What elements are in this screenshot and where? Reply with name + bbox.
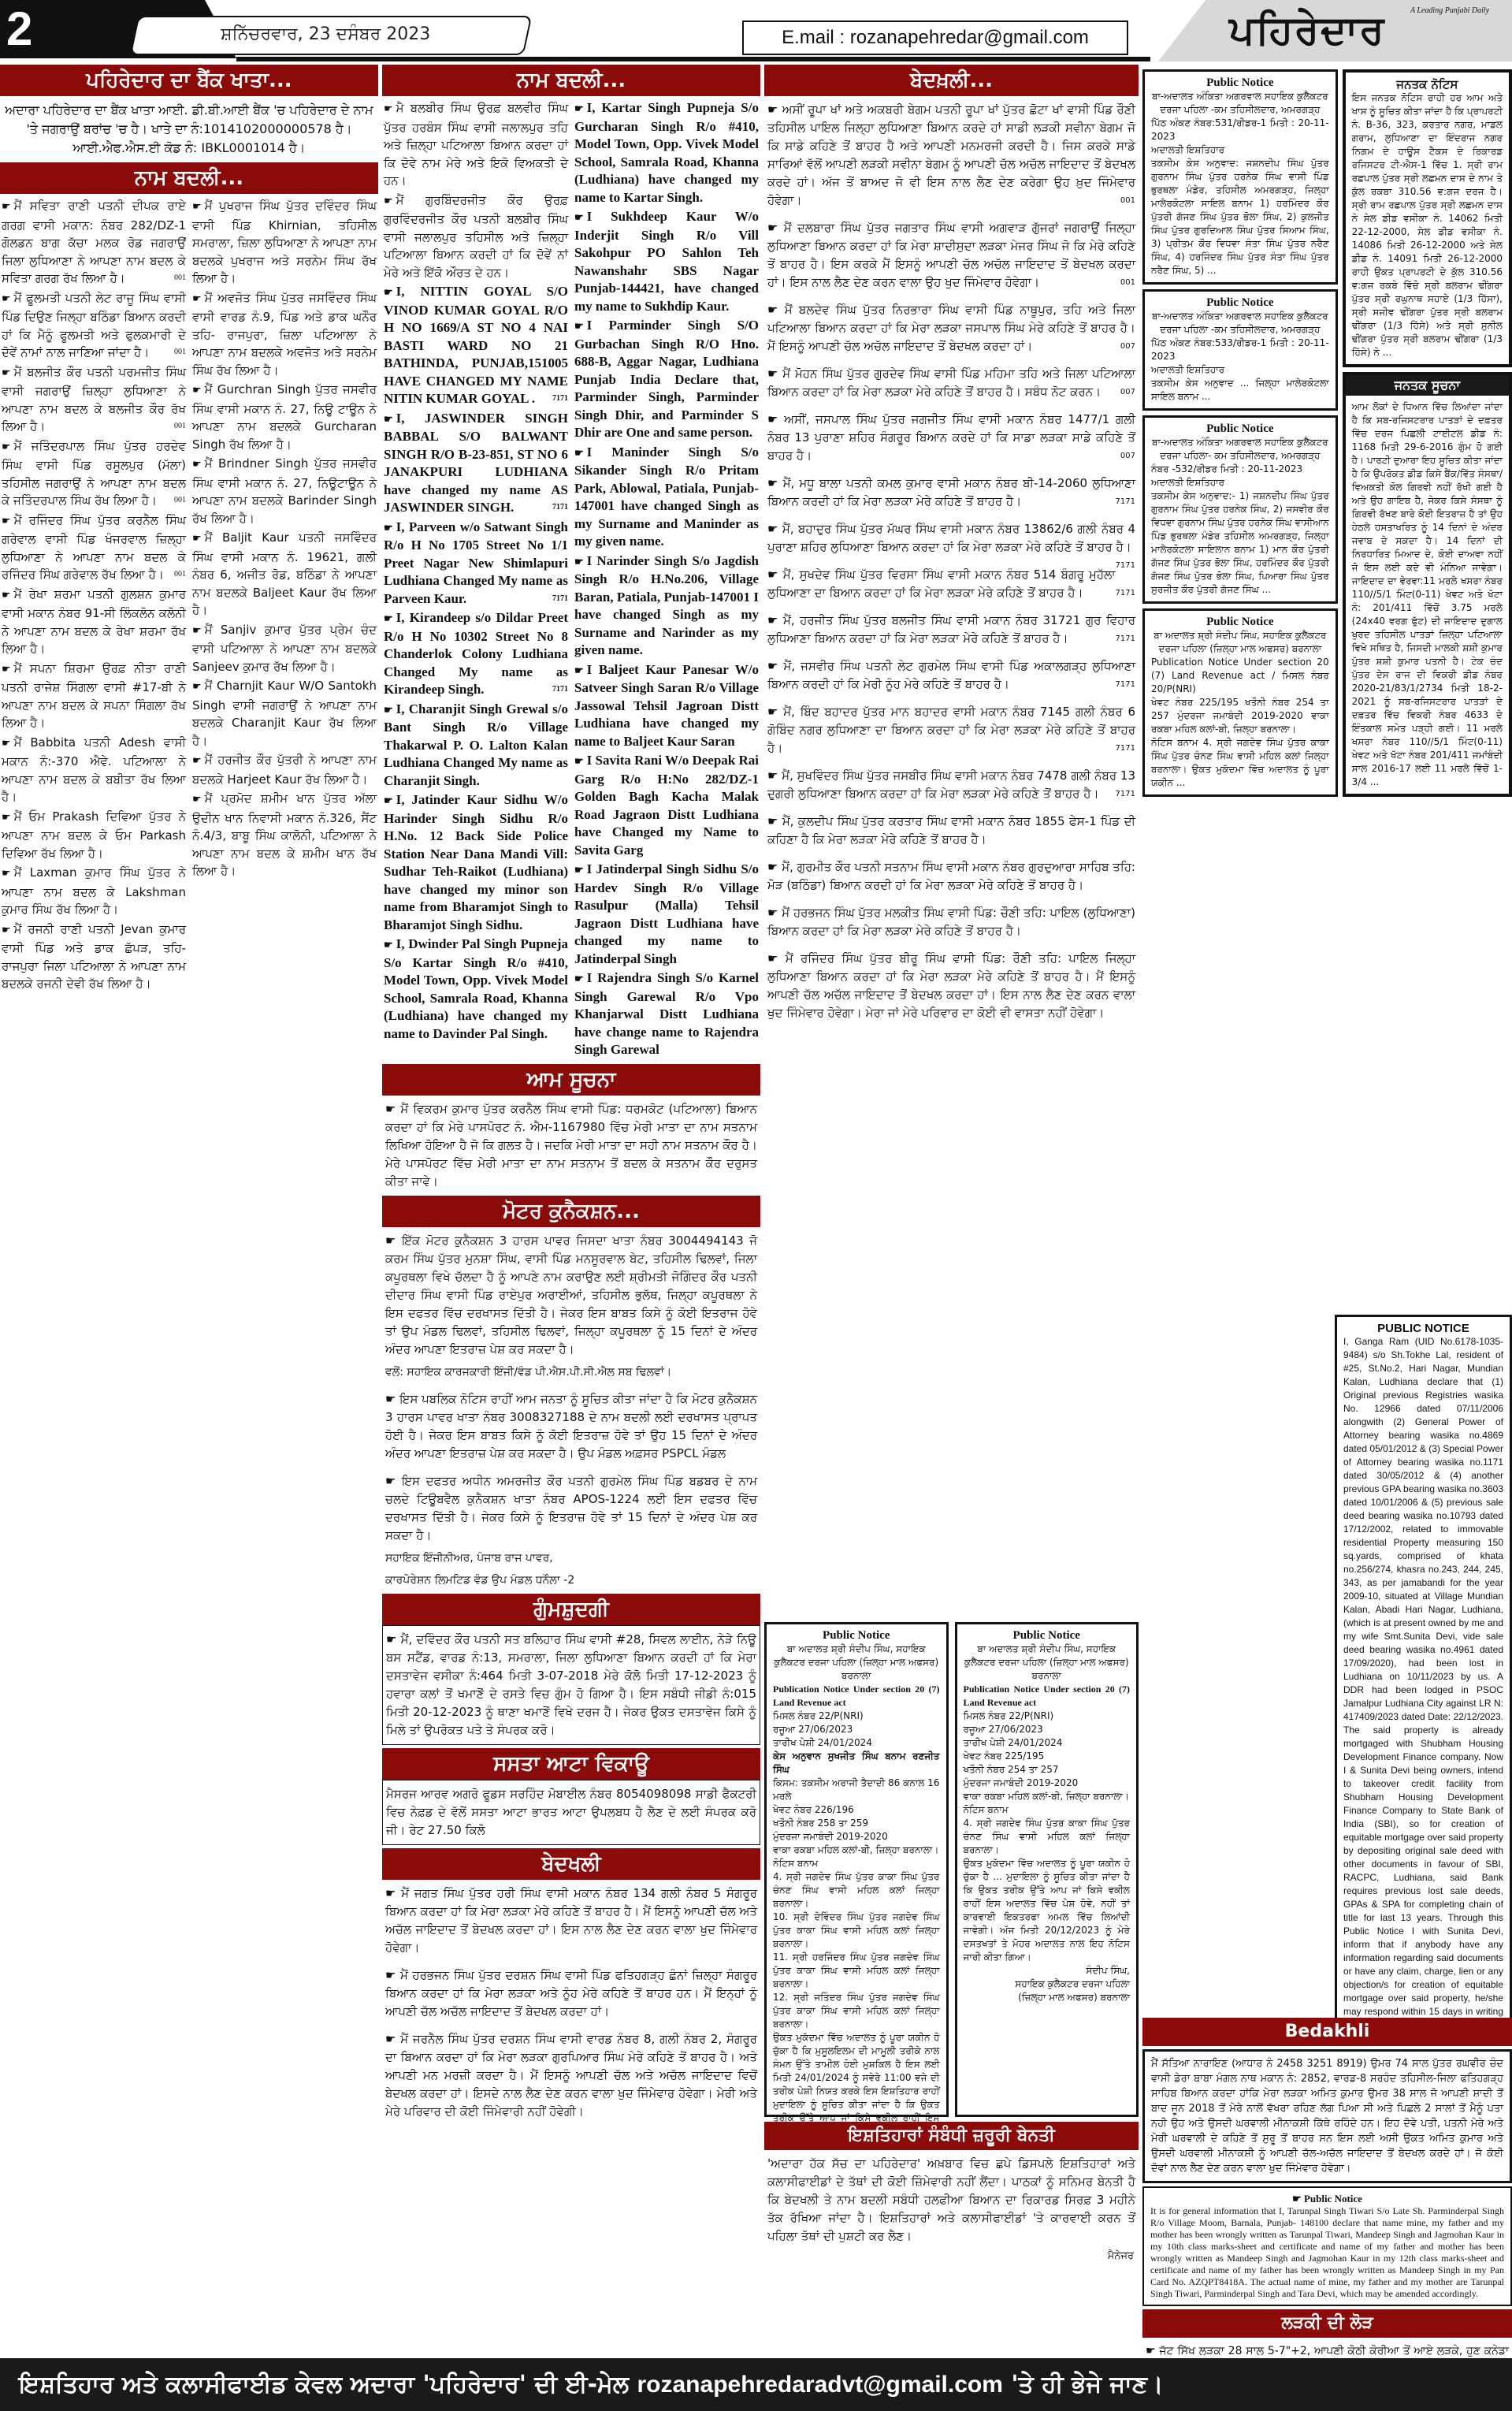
- pointing-hand-icon: ☛: [384, 195, 393, 207]
- missing-heading: ਗੁੰਮਸ਼ੁਦਗੀ: [382, 1594, 760, 1625]
- page-number: 2: [6, 3, 32, 55]
- newspaper-logo: ਪਹਿਰੇਦਾਰ: [1229, 6, 1385, 54]
- court-notice: Public Notice ਬਾ ਅਦਾਲਤ ਸ਼੍ਰੀ ਸੰਦੀਪ ਸਿੰਘ,…: [1142, 608, 1338, 797]
- classified-entry: ☛ਮੈਂ Charnjit Kaur W/O Santokh Singh ਵਾਸ…: [192, 677, 377, 750]
- pointing-hand-icon: ☛: [192, 794, 202, 806]
- notice-title: PUBLIC NOTICE: [1343, 1322, 1503, 1335]
- notice-title: ਜਨਤਕ ਸੂਚਨਾ: [1346, 375, 1509, 396]
- notice-body: ਮੈਂ ਸੱਤਿਆ ਨਾਰਾਇਣ (ਆਧਾਰ ਨੰ 2458 3251 8919…: [1151, 2056, 1503, 2176]
- pointing-hand-icon: ☛: [2, 367, 11, 379]
- pointing-hand-icon: ☛: [767, 412, 784, 426]
- pointing-hand-icon: ☛: [384, 522, 393, 534]
- disinherit-entry: ☛ ਮੈਂ, ਸੁਖਦੇਵ ਸਿੰਘ ਪੁੱਤਰ ਵਿਰਸਾ ਸਿੰਘ ਵਾਸੀ…: [764, 561, 1139, 607]
- disinherit-entry: ☛ ਮੈਂ, ਜਸਵੀਰ ਸਿੰਘ ਪਤਨੀ ਲੇਟ ਗੁਰਮੇਲ ਸਿੰਘ ਵ…: [764, 653, 1139, 698]
- pointing-hand-icon: ☛: [574, 973, 584, 984]
- footer-prefix: ਇਸ਼ਤਿਹਾਰ ਅਤੇ ਕਲਾਸੀ​ਫਾਈਡ ਕੇਵਲ ਅਦਾਰਾ 'ਪਹਿਰ…: [19, 2371, 629, 2398]
- classified-entry: ☛I, Charanjit Singh Grewal s/o Bant Sing…: [384, 701, 568, 791]
- column-2: ਨਾਮ ਬਦਲੀ... ☛ਮੈ ਬਲਬੀਰ ਸਿੰਘ ਉਰਫ਼ ਬਲਵੀਰ ਸਿ…: [382, 65, 760, 2264]
- classified-entry: ☛I Baljeet Kaur Panesar W/o Satveer Sing…: [574, 661, 759, 751]
- pointing-hand-icon: ☛: [574, 864, 584, 876]
- notice-court: ਬਾ ਅਦਾਲਤ ਸ਼੍ਰੀ ਸੰਦੀਪ ਸਿੰਘ, ਸਹਾਇਕ ਕੁਲੈਕਟਰ…: [773, 1643, 940, 1683]
- notice-jamabandi: ਮੁੰਦਰਜਾ ਜਮਾਬੰਦੀ 2019-2020: [773, 1830, 940, 1844]
- name-change-col-b: ☛I, Kartar Singh Pupneja S/o Gurcharan S…: [574, 99, 759, 1061]
- motor-connection-signature: ਸਹਾਇਕ ਇੰਜੀਨੀਅਰ, ਪੰਜਾਬ ਰਾਜ ਪਾਵਰ,: [382, 1550, 760, 1572]
- notice-body: I, Ganga Ram (UID No.6178-1035-9484) s/o…: [1343, 1335, 1503, 2071]
- advisory-signed: ਮੈਨੇਜਰ: [764, 2250, 1139, 2262]
- column-3: ਬੇਦਖ਼ਲੀ... ☛ ਅਸੀਂ ਰੂਪਾ ਖਾਂ ਅਤੇ ਅਕਬਰੀ ਬੇਗ…: [764, 65, 1139, 2264]
- notice-khewat: ਖੇਵਟ ਨੰਬਰ 226/196: [773, 1803, 940, 1817]
- pointing-hand-icon: ☛: [192, 625, 202, 637]
- pointing-hand-icon: ☛: [192, 533, 202, 545]
- classified-entry: ☛ਮੈਂ Gurchran Singh ਪੁੱਤਰ ਜਸਵੀਰ ਸਿੰਘ ਵਾਸ…: [192, 381, 377, 453]
- disinherit-heading-main: ਬੇਦਖ਼ਲੀ...: [764, 65, 1139, 96]
- disinherit-entry: ☛ ਮੈਂ, ਹਰਜੀਤ ਸਿੰਘ ਪੁੱਤਰ ਬਲਜੀਤ ਸਿੰਘ ਵਾਸੀ …: [764, 607, 1139, 653]
- notice-title: Public Notice: [1151, 296, 1329, 310]
- classified-entry: ☛I Parminder Singh S/O Gurbachan Singh R…: [574, 317, 759, 442]
- classified-entry: ☛ਮੈਂ ਪ੍ਰਮੋਦ ਸ਼ਮੀਮ ਖਾਨ ਪੁੱਤਰ ਅੱਲਾ ਉਦੀਨ ਖਾ…: [192, 790, 377, 880]
- notice-title: Public Notice: [773, 1629, 940, 1643]
- disinherit-entry: ☛ ਮੈਂ, ਬਹਾਦੁਰ ਸਿੰਘ ਪੁੱਤਰ ਮੱਘਰ ਸਿੰਘ ਵਾਸੀ …: [764, 515, 1139, 561]
- pointing-hand-icon: ☛: [192, 201, 202, 213]
- masthead-rule: [236, 57, 1150, 61]
- pointing-hand-icon: ☛: [384, 612, 393, 624]
- notice-body: ਇਸ ਜਨਤਕ ਨੋਟਿਸ ਰਾਹੀ ਹਰ ਆਮ ਅਤੇ ਖਾਸ ਨੂੰ ਸੂਚ…: [1352, 91, 1503, 359]
- disinherit-entry: ☛ ਅਸੀਂ ਰੂਪਾ ਖਾਂ ਅਤੇ ਅਕਬਰੀ ਬੇਗਮ ਪਤਨੀ ਰੂਪਾ…: [764, 96, 1139, 214]
- pointing-hand-icon: ☛: [384, 704, 393, 716]
- court-notice: Public Notice ਬਾ-ਅਦਾਲਤ ਅੰਕਿਤਾ ਅਗਰਵਾਲ ਸਹਾ…: [1142, 415, 1338, 604]
- pointing-hand-icon: ☛: [767, 768, 782, 783]
- pointing-hand-icon: ☛: [385, 1233, 402, 1248]
- pointing-hand-icon: ☛: [1292, 2193, 1304, 2205]
- pointing-hand-icon: ☛: [386, 1632, 401, 1646]
- pointing-hand-icon: ☛: [574, 556, 584, 567]
- name-change-col-a: ☛ਮੈਂ ਸਵਿਤਾ ਰਾਣੀ ਪਤਨੀ ਦੀਪਕ ਰਾਏ ਗਰਗ ਵਾਸੀ ਮ…: [2, 197, 186, 995]
- disinherit-entry: ☛ ਮੈਂ ਮੋਹਨ ਸਿੰਘ ਪੁੱਤਰ ਗੁਰਦੇਵ ਸਿੰਘ ਵਾਸੀ ਪ…: [764, 360, 1139, 406]
- court-notice: Public Notice ਬਾ-ਅਦਾਲਤ ਅੰਕਿਤਾ ਅਗਰਵਾਲ ਸਹਾ…: [1142, 69, 1338, 285]
- notice-ref: ਪਿੱਠ ਅੰਕਣ ਨੰਬਰ:533/ਰੀਡਰ-1 ਮਿਤੀ : 20-11-2…: [1151, 337, 1329, 363]
- property-public-notice: ਜਨਤਕ ਨੋਟਿਸ ਇਸ ਜਨਤਕ ਨੋਟਿਸ ਰਾਹੀ ਹਰ ਆਮ ਅਤੇ …: [1343, 69, 1512, 367]
- pointing-hand-icon: ☛: [574, 447, 584, 459]
- classified-entry: ☛ਮੈਂ Brindner Singh ਪੁੱਤਰ ਜਸਵੀਰ ਸਿੰਘ ਵਾਸ…: [192, 455, 377, 527]
- classified-entry: ☛ਮੈਂ Babbita ਪਤਨੀ Adesh ਵਾਸੀ ਮਕਾਨ ਨੰ:-37…: [2, 734, 186, 806]
- classified-entry: ☛I Savita Rani W/o Deepak Rai Garg R/o H…: [574, 752, 759, 859]
- disinherit-entry: ☛ ਮੈਂ, ਸੁਖਵਿੰਦਰ ਸਿੰਘ ਪੁੱਤਰ ਜਸਬੀਰ ਸਿੰਘ ਵਾ…: [764, 762, 1139, 808]
- pointing-hand-icon: ☛: [767, 522, 782, 536]
- pointing-hand-icon: ☛: [385, 1392, 399, 1406]
- notice-body: ਤਕਸੀਮ ਕੇਸ ਅਨੁਵਾਦ ... ਜਿਲ੍ਹਾ ਮਾਲੇਰਕੋਟਲਾ ਸ…: [1151, 377, 1329, 404]
- classified-entry: ☛I, JASWINDER SINGH BABBAL S/O BALWANT S…: [384, 410, 568, 517]
- notice-kind: ਕਿਸਮ: ਤਕਸੀਮ ਅਰਾਜੀ ਤੈਦਾਦੀ 86 ਕਨਾਲ 16 ਮਰਲੇ: [773, 1777, 940, 1803]
- pointing-hand-icon: ☛: [2, 925, 11, 936]
- col4-top: Public Notice ਬਾ-ਅਦਾਲਤ ਅੰਕਿਤਾ ਅਗਰਵਾਲ ਸਹਾ…: [1142, 65, 1512, 1310]
- notice-signatory: ਸੰਦੀਪ ਸਿੰਘ,: [964, 1964, 1131, 1978]
- motor-connection-entry: ☛ ਇਸ ਪਬਲਿਕ ਨੋਟਿਸ ਰਾਹੀਂ ਆਮ ਜਨਤਾ ਨੂੰ ਸੂਚਿਤ…: [382, 1386, 760, 1468]
- classified-entry: ☛I Rajendra Singh S/o Karnel Singh Garew…: [574, 969, 759, 1059]
- classified-entry: ☛ਮੈਂ ਬਲਜੀਤ ਕੌਰ ਪਤਨੀ ਪਰਮਜੀਤ ਸਿੰਘ ਵਾਸੀ ਜਗਰ…: [2, 363, 186, 436]
- notice-heading: ਅਦਾਲਤੀ ਇਸ਼ਤਿਹਾਰ: [1151, 363, 1329, 377]
- pointing-hand-icon: ☛: [767, 221, 784, 235]
- motor-connection-signature: ਕਾਰਪੋਰੇਸ਼ਨ ਲਿਮਟਿਡ ਵੰਡ ਉਪ ਮੰਡਲ ਧਨੌਲਾ -2: [382, 1572, 760, 1594]
- pointing-hand-icon: ☛: [2, 812, 11, 824]
- notice-party: 12. ਸ੍ਰੀ ਜਤਿੰਦਰ ਸਿੰਘ ਪੁੱਤਰ ਜਗਦੇਵ ਸਿੰਘ ਪੁ…: [773, 1991, 940, 2031]
- disinherit-entry: ☛ ਮੈਂ ਹਰਭਜਨ ਸਿੰਘ ਪੁੱਤਰ ਮਲਕੀਤ ਸਿੰਘ ਵਾਸੀ ਪ…: [764, 899, 1139, 945]
- footer-email[interactable]: rozanapehredaradvt@gmail.com: [637, 2372, 1003, 2398]
- tagline: A Leading Punjabi Daily: [1410, 6, 1489, 15]
- disinherit-entry: ☛ ਮੈਂ, ਕੁਲਦੀਪ ਸਿੰਘ ਪੁੱਤਰ ਕਰਤਾਰ ਸਿੰਘ ਵਾਸੀ…: [764, 808, 1139, 854]
- disinherit-entry: ☛ ਮੈਂ, ਮਧੂ ਬਾਲਾ ਪਤਨੀ ਕਮਲ ਕੁਮਾਰ ਵਾਸੀ ਮਕਾਨ…: [764, 470, 1139, 515]
- classified-entry: ☛I, Kirandeep s/o Dildar Preet R/o H No …: [384, 609, 568, 699]
- pointing-hand-icon: ☛: [767, 613, 783, 627]
- notice-signatory: ਸਹਾਇਕ ਕੁਲੈਕਟਰ ਦਰਜਾ ਪਹਿਲਾ: [964, 1978, 1131, 1991]
- pointing-hand-icon: ☛: [192, 385, 202, 396]
- classified-entry: ☛ਮੈਂ ਅਵਜੋਤ ਸਿੰਘ ਪੁੱਤਰ ਜਸਵਿੰਦਰ ਸਿੰਘ ਵਾਸੀ …: [192, 289, 377, 380]
- classified-entry: ☛ਮੈਂ ਓਮ Prakash ਦਿਵਿਆ ਪੁੱਤਰ ਨੇ ਆਪਣਾ ਨਾਮ …: [2, 808, 186, 863]
- bank-account-text: ਅਦਾਰਾ ਪਹਿਰੇਦਾਰ ਦਾ ਬੈਂਕ ਖਾਤਾ ਆਈ. ਡੀ.ਬੀ.ਆਈ…: [0, 96, 378, 162]
- pointing-hand-icon: ☛: [192, 681, 202, 693]
- notice-body: It is for general information that I, Ta…: [1150, 2205, 1504, 2300]
- court-notice: Public Notice ਬਾ ਅਦਾਲਤ ਸ਼੍ਰੀ ਸੰਦੀਪ ਸਿੰਘ,…: [955, 1622, 1139, 2117]
- pointing-hand-icon: ☛: [574, 664, 584, 676]
- pointing-hand-icon: ☛: [384, 939, 393, 951]
- notice-to: ਨੋਟਿਸ ਬਨਾਮ: [773, 1857, 940, 1870]
- disinherit-entry: ☛ ਮੈਂ, ਗੁਰਮੀਤ ਕੌਰ ਪਤਨੀ ਸਤਨਾਮ ਸਿੰਘ ਵਾਸੀ ਮ…: [764, 854, 1139, 899]
- classified-entry: ☛ਮੈਂ ਰਜਨੀ ਰਾਣੀ ਪਤਨੀ Jevan ਕੁਮਾਰ ਵਾਸੀ ਪਿੰ…: [2, 921, 186, 993]
- classified-entry: ☛I, Jatinder Kaur Sidhu W/o Harinder Sin…: [384, 791, 568, 934]
- classified-entry: ☛ਮੈਂ ਰੇਖਾ ਸ਼ਰਮਾ ਪਤਨੀ ਗੁਲਸ਼ਨ ਕੁਮਾਰ ਵਾਸੀ ਮ…: [2, 586, 186, 658]
- pointing-hand-icon: ☛: [2, 293, 11, 305]
- motor-connection-entry: ☛ ਇੱਕ ਮੋਟਰ ਕੁਨੈਕਸ਼ਨ 3 ਹਾਰਸ ਪਾਵਰ ਜਿਸਦਾ ਖਾ…: [382, 1227, 760, 1364]
- motor-connection-signature: ਵਲੋਂ: ਸਹਾਇਕ ਕਾਰਜਕਾਰੀ ਇੰਜੀ/ਵੰਡ ਪੀ.ਐਸ.ਪੀ.ਸ…: [382, 1364, 760, 1386]
- pointing-hand-icon: ☛: [767, 567, 783, 582]
- barnala-court-notices: Public Notice ਬਾ ਅਦਾਲਤ ਸ਼੍ਰੀ ਸੰਦੀਪ ਸਿੰਘ,…: [764, 1617, 1139, 2122]
- missing-text: ☛ ਮੈਂ, ਦਵਿੰਦਰ ਕੌਰ ਪਤਨੀ ਸਤ ਬਲਿਹਾਰ ਸਿੰਘ ਵਾ…: [382, 1625, 760, 1745]
- pointing-hand-icon: ☛: [1146, 2345, 1159, 2357]
- notice-ref: Publication Notice Under section 20 (7) …: [1151, 656, 1329, 696]
- notice-court: ਬਾ-ਅਦਾਲਤ ਅੰਕਿਤਾ ਅਗਰਵਾਲ ਸਹਾਇਕ ਕੁਲੈਕਟਰ ਦਰਜ…: [1151, 310, 1329, 337]
- pointing-hand-icon: ☛: [2, 868, 11, 880]
- notice-file-no: ਮਿਸਲ ਨੰਬਰ 22/P(NRI): [773, 1710, 940, 1723]
- notice-ref: ਪਿੱਠ ਅੰਕਣ ਨੰਬਰ:531/ਰੀਡਰ-1 ਮਿਤੀ : 20-11-2…: [1151, 117, 1329, 143]
- pointing-hand-icon: ☛: [767, 705, 783, 719]
- notice-area: ਵਾਕਾ ਰਕਬਾ ਮਹਿਲ ਕਲਾਂ-ਬੀ, ਜ਼ਿਲ੍ਹਾ ਬਰਨਾਲਾ।: [773, 1844, 940, 1857]
- notice-file-no: ਮਿਸਲ ਨੰਬਰ 22/P(NRI): [964, 1710, 1131, 1723]
- court-notice: Public Notice ਬਾ ਅਦਾਲਤ ਸ਼੍ਰੀ ਸੰਦੀਪ ਸਿੰਘ,…: [764, 1622, 949, 2117]
- pointing-hand-icon: ☛: [2, 590, 11, 601]
- footer-suffix: 'ਤੇ ਹੀ ਭੇਜੇ ਜਾਣ।: [1011, 2371, 1163, 2398]
- pointing-hand-icon: ☛: [2, 515, 11, 527]
- disinherit-entry: ☛ ਮੈਂ ਹਰਭਜਨ ਸਿੰਘ ਪੁੱਤਰ ਦਰਸ਼ਨ ਸਿੰਘ ਵਾਸੀ ਪ…: [382, 1962, 760, 2026]
- notice-case: ਕੇਸ ਅਨੁਵਾਨ ਸੁਖਜੀਤ ਸਿੰਘ ਬਨਾਮ ਰਣਜੀਤ ਸਿੰਘ: [773, 1750, 940, 1777]
- notice-title: Public Notice: [1151, 422, 1329, 436]
- disinherit-entry: ☛ ਮੈਂ ਬਲਦੇਵ ਸਿੰਘ ਪੁੱਤਰ ਨਿਰਭਾਰਾ ਸਿੰਘ ਵਾਸੀ…: [764, 296, 1139, 360]
- name-change-heading-2: ਨਾਮ ਬਦਲੀ...: [382, 65, 760, 96]
- notice-body: ਨੋਟਿਸ ਬਨਾਮ 4. ਸ੍ਰੀ ਜਗਦੇਵ ਸਿੰਘ ਪੁੱਤਰ ਕਾਕਾ…: [1151, 736, 1329, 790]
- classified-entry: ☛I Maninder Singh S/o Sikander Singh R/o…: [574, 444, 759, 551]
- pointing-hand-icon: ☛: [2, 664, 11, 675]
- name-change-list-2: ☛ਮੈ ਬਲਬੀਰ ਸਿੰਘ ਉਰਫ਼ ਬਲਵੀਰ ਸਿੰਘ ਪੁੱਤਰ ਹਰਬ…: [382, 96, 760, 1064]
- classified-entry: ☛ਮੈਂ ਸਪਨਾ ਸ਼ਿਰਮਾ ਉਰਫ਼ ਨੀਤਾ ਰਾਣੀ ਪਤਨੀ ਰਾਜ…: [2, 660, 186, 732]
- cheap-flour-text: ਮੈਸਰਜ ਆਰਵ ਅਗਰੋ ਫੂਡਸ ਸਰਹਿੰਦ ਮੋਬਾਈਲ ਨੰਬਰ 8…: [382, 1780, 760, 1845]
- notice-heading: ਖੇਵਟ ਨੰਬਰ 225/195 ਖਤੌਨੀ ਨੰਬਰ 254 ਤਾ 257 …: [1151, 696, 1329, 736]
- disinherit-entry: ☛ ਮੈਂ ਜਰਨੈਲ ਸਿੰਘ ਪੁੱਤਰ ਦਰਸ਼ਨ ਸਿੰਘ ਵਾਸੀ ਵ…: [382, 2026, 760, 2126]
- pointing-hand-icon: ☛: [385, 1886, 401, 1900]
- column-1: ਪਹਿਰੇਦਾਰ ਦਾ ਬੈਂਕ ਖਾਤਾ... ਅਦਾਰਾ ਪਹਿਰੇਦਾਰ …: [0, 65, 378, 2264]
- notice-court: ਬਾ-ਅਦਾਲਤ ਅੰਕਿਤਾ ਅਗਰਵਾਲ ਸਹਾਇਕ ਕੁਲੈਕਟਰ ਦਰਜ…: [1151, 90, 1329, 117]
- pointing-hand-icon: ☛: [767, 814, 782, 828]
- bedakhli-heading: Bedakhli: [1142, 2018, 1512, 2046]
- pointing-hand-icon: ☛: [574, 102, 584, 114]
- pointing-hand-icon: ☛: [385, 1968, 400, 1982]
- classified-entry: ☛I Sukhdeep Kaur W/o Inderjit Singh R/o …: [574, 208, 759, 315]
- issue-date: ਸ਼ਨਿੱਚਰਵਾਰ, 23 ਦਸੰਬਰ 2023: [221, 22, 430, 47]
- classified-entry: ☛ਮੈਂ ਸਵਿਤਾ ਰਾਣੀ ਪਤਨੀ ਦੀਪਕ ਰਾਏ ਗਰਗ ਵਾਸੀ ਮ…: [2, 197, 186, 288]
- motor-connection-heading: ਮੋਟਰ ਕੁਨੈਕਸ਼ਨ...: [382, 1196, 760, 1227]
- classified-entry: ☛ਮੈਂ Laxman ਕੁਮਾਰ ਸਿੰਘ ਪੁੱਤਰ ਨੇ ਆਪਣਾ ਨਾਮ…: [2, 864, 186, 919]
- pointing-hand-icon: ☛: [574, 755, 584, 767]
- advisory-text: 'ਅਦਾਰਾ ਹੱਕ ਸੱਚ ਦਾ ਪਹਿਰੇਦਾਰ' ਅਖ਼ਬਾਰ ਵਿਚ ਛ…: [764, 2150, 1139, 2250]
- notice-ref: ਨੰਬਰ -532/ਰੀਡਰ ਮਿਤੀ : 20-11-2023: [1151, 463, 1329, 476]
- notice-to: ਨੋਟਿਸ ਬਨਾਮ: [964, 1803, 1131, 1817]
- pointing-hand-icon: ☛: [767, 102, 782, 117]
- notice-body: ਆਮ ਲੋਕਾਂ ਦੇ ਧਿਆਨ ਵਿੱਚ ਲਿਆਂਦਾ ਜਾਂਦਾ ਹੈ ਕਿ…: [1346, 396, 1509, 794]
- notice-title: Public Notice: [964, 1629, 1131, 1643]
- pointing-hand-icon: ☛: [385, 1102, 400, 1116]
- notice-party: 11. ਸ੍ਰੀ ਹਰਜਿੰਦਰ ਸਿੰਘ ਪੁੱਤਰ ਜਗਦੇਵ ਸਿੰਘ ਪ…: [773, 1951, 940, 1991]
- classified-entry: ☛ਮੈਂ ਪੁਖਰਾਜ ਸਿੰਘ ਪੁੱਤਰ ਦਵਿੰਦਰ ਸਿੰਘ ਵਾਸੀ …: [192, 197, 377, 288]
- notice-signatory: (ਜ਼ਿਲ੍ਹਾ ਮਾਲ ਅਫਸਰ) ਬਰਨਾਲਾ: [964, 1991, 1131, 2004]
- notice-court: ਬਾ-ਅਦਾਲਤ ਅੰਕਿਤਾ ਅਗਰਵਾਲ ਸਹਾਇਕ ਕੁਲੈਕਟਰ ਦਰਜ…: [1151, 436, 1329, 463]
- notice-khewat: ਖੇਵਟ ਨੰਬਰ 225/195: [964, 1750, 1131, 1763]
- pointing-hand-icon: ☛: [2, 441, 11, 453]
- classified-entry: ☛ਮੈਂ ਰਜਿੰਦਰ ਸਿੰਘ ਪੁੱਤਰ ਕਰਨੈਲ ਸਿੰਘ ਗਰੇਵਾਲ…: [2, 512, 186, 584]
- notice-body: ਤਕਸੀਮ ਕੇਸ ਅਨੁਵਾਦ:- 1) ਜਸ਼ਨਦੀਪ ਸਿੰਘ ਪੁੱਤਰ…: [1151, 489, 1329, 597]
- notice-party: 4. ਸ੍ਰੀ ਜਗਦੇਵ ਸਿੰਘ ਪੁੱਤਰ ਕਾਕਾ ਸਿੰਘ ਪੁੱਤਰ…: [964, 1817, 1131, 1857]
- notice-area: ਵਾਕਾ ਰਕਬਾ ਮਹਿਲ ਕਲਾਂ-ਬੀ, ਜ਼ਿਲ੍ਹਾ ਬਰਨਾਲਾ।: [964, 1790, 1131, 1803]
- pointing-hand-icon: ☛: [767, 860, 782, 874]
- general-notice-text: ☛ ਮੈਂ ਵਿਕਰਮ ਕੁਮਾਰ ਪੁੱਤਰ ਕਰਨੈਲ ਸਿੰਘ ਵਾਸੀ …: [382, 1096, 760, 1196]
- bank-account-heading: ਪਹਿਰੇਦਾਰ ਦਾ ਬੈਂਕ ਖਾਤਾ...: [0, 65, 378, 96]
- cheap-flour-heading: ਸਸਤਾ ਆਟਾ ਵਿਕਾਊ: [382, 1748, 760, 1780]
- notice-khatoni: ਖਤੌਨੀ ਨੰਬਰ 254 ਤਾ 257: [964, 1763, 1131, 1777]
- property-notices: ਜਨਤਕ ਨੋਟਿਸ ਇਸ ਜਨਤਕ ਨੋਟਿਸ ਰਾਹੀ ਹਰ ਆਮ ਅਤੇ …: [1343, 65, 1512, 1310]
- bride-wanted-heading: ਲੜਕੀ ਦੀ ਲੋੜ: [1142, 2309, 1512, 2338]
- notice-hearing: ਤਾਰੀਖ ਪੇਸ਼ੀ 24/01/2024: [964, 1736, 1131, 1750]
- pointing-hand-icon: ☛: [767, 303, 785, 317]
- classified-entry: ☛ਮੈਂ Sanjiv ਕੁਮਾਰ ਪੁੱਤਰ ਪ੍ਰੇਮ ਚੰਦ ਵਾਸੀ ਪ…: [192, 621, 377, 676]
- footer-banner: ਇਸ਼ਤਿਹਾਰ ਅਤੇ ਕਲਾਸੀ​ਫਾਈਡ ਕੇਵਲ ਅਦਾਰਾ 'ਪਹਿਰ…: [0, 2358, 1512, 2411]
- pointing-hand-icon: ☛: [574, 211, 584, 223]
- notice-khatoni: ਖਤੌਨੀ ਨੰਬਰ 258 ਤਾ 259: [773, 1817, 940, 1830]
- notice-party: 4. ਸ੍ਰੀ ਜਗਦੇਵ ਸਿੰਘ ਪੁੱਤਰ ਕਾਕਾ ਸਿੰਘ ਪੁੱਤਰ…: [773, 1870, 940, 1911]
- masthead: 2 ਸ਼ਨਿੱਚਰਵਾਰ, 23 ਦਸੰਬਰ 2023 E.mail : roz…: [0, 0, 1512, 61]
- pointing-hand-icon: ☛: [574, 320, 584, 332]
- pointing-hand-icon: ☛: [384, 286, 393, 298]
- bedakhli-notice: ਮੈਂ ਸੱਤਿਆ ਨਾਰਾਇਣ (ਆਧਾਰ ਨੰ 2458 3251 8919…: [1142, 2049, 1512, 2183]
- pointing-hand-icon: ☛: [767, 366, 782, 381]
- amargarh-notices: Public Notice ਬਾ-ਅਦਾਲਤ ਅੰਕਿਤਾ ਅਗਰਵਾਲ ਸਹਾ…: [1142, 65, 1338, 1310]
- classified-entry: ☛ਮੈਂ ਗੁਰਬਿੰਦਰਜੀਤ ਕੌਰ ਉਰਫ਼ ਗੁਰਵਿੰਦਰਜੀਤ ਕੌ…: [384, 192, 568, 282]
- advisory-heading: ਇਸ਼ਤਿਹਾਰਾਂ ਸੰਬੰਧੀ ਜ਼ਰੂਰੀ ਬੇਨਤੀ: [764, 2122, 1139, 2150]
- tarunpal-public-notice: ☛ Public Notice It is for general inform…: [1142, 2186, 1512, 2306]
- notice-filed: ਰਜੂਆ 27/06/2023: [964, 1723, 1131, 1736]
- classified-entry: ☛ਮੈਂ Baljit Kaur ਪਤਨੀ ਜਸਵਿੰਦਰ ਸਿੰਘ ਵਾਸੀ …: [192, 529, 377, 619]
- name-change-col-b: ☛ਮੈਂ ਪੁਖਰਾਜ ਸਿੰਘ ਪੁੱਤਰ ਦਵਿੰਦਰ ਸਿੰਘ ਵਾਸੀ …: [192, 197, 377, 995]
- disinherit-entry: ☛ ਅਸੀਂ, ਜਸਪਾਲ ਸਿੰਘ ਪੁੱਤਰ ਜਗਜੀਤ ਸਿੰਘ ਵਾਸੀ…: [764, 406, 1139, 470]
- pointing-hand-icon: ☛: [384, 794, 393, 806]
- col4-bottom: Bedakhli ਮੈਂ ਸੱਤਿਆ ਨਾਰਾਇਣ (ਆਧਾਰ ਨੰ 2458 …: [1142, 2018, 1512, 2357]
- classified-entry: ☛ਮੈਂ ਜਤਿੰਦਰਪਾਲ ਸਿੰਘ ਪੁੱਤਰ ਹਰਦੇਵ ਸਿੰਘ ਵਾਸ…: [2, 437, 186, 510]
- notice-body: ਉਕਤ ਮੁਕੱਦਮਾ ਵਿੱਚ ਅਦਾਲਤ ਨੂੰ ਪੂਰਾ ਯਕੀਨ ਹੋ …: [773, 2031, 940, 2122]
- notice-body: ਤਕਸੀਮ ਕੇਸ ਅਨੁਵਾਦ: ਜਸ਼ਨਦੀਪ ਸਿੰਘ ਪੁੱਤਰ ਗੁਰ…: [1151, 157, 1329, 277]
- notice-section: Publication Notice Under section 20 (7) …: [773, 1683, 940, 1710]
- pointing-hand-icon: ☛: [767, 906, 782, 920]
- pointing-hand-icon: ☛: [385, 1474, 402, 1488]
- classified-entry: ☛ਮੈਂ ਫੂਲਮਤੀ ਪਤਨੀ ਲੇਟ ਰਾਜੂ ਸਿੰਘ ਵਾਸੀ ਪਿੰਡ…: [2, 289, 186, 362]
- pointing-hand-icon: ☛: [192, 755, 202, 767]
- general-notice-heading: ਆਮ ਸੂਚਨਾ: [382, 1064, 760, 1096]
- pointing-hand-icon: ☛: [2, 738, 11, 750]
- classified-entry: ☛I Narinder Singh S/o Jagdish Singh R/o …: [574, 553, 759, 660]
- name-change-col-a: ☛ਮੈ ਬਲਬੀਰ ਸਿੰਘ ਉਰਫ਼ ਬਲਵੀਰ ਸਿੰਘ ਪੁੱਤਰ ਹਰਬ…: [384, 99, 568, 1061]
- notice-court: ਬਾ ਅਦਾਲਤ ਸ਼੍ਰੀ ਸੰਦੀਪ ਸਿੰਘ, ਸਹਾਇਕ ਕੁਲੈਕਟਰ…: [1151, 629, 1329, 656]
- notice-heading: ਅਦਾਲਤੀ ਇਸ਼ਤਿਹਾਰ: [1151, 476, 1329, 489]
- notice-section: Publication Notice Under section 20 (7) …: [964, 1683, 1131, 1710]
- pointing-hand-icon: ☛: [192, 459, 202, 471]
- classified-entry: ☛I, Dwinder Pal Singh Pupneja S/o Kartar…: [384, 936, 568, 1043]
- notice-body: ਉਕਤ ਮੁਕੱਦਮਾ ਵਿੱਚ ਅਦਾਲਤ ਨੂੰ ਪੂਰਾ ਯਕੀਨ ਹੋ …: [964, 1857, 1131, 1964]
- classified-entry: ☛I, NITTIN GOYAL S/O VINOD KUMAR GOYAL R…: [384, 283, 568, 408]
- public-info-notice: ਜਨਤਕ ਸੂਚਨਾ ਆਮ ਲੋਕਾਂ ਦੇ ਧਿਆਨ ਵਿੱਚ ਲਿਆਂਦਾ …: [1343, 372, 1512, 797]
- notice-title: Public Notice: [1151, 76, 1329, 90]
- notice-jamabandi: ਮੁੰਦਰਜਾ ਜਮਾਬੰਦੀ 2019-2020: [964, 1777, 1131, 1790]
- notice-title: Public Notice: [1151, 616, 1329, 629]
- pointing-hand-icon: ☛: [767, 659, 783, 673]
- disinherit-entry: ☛ ਮੈਂ ਦਲਬਾਰਾ ਸਿੰਘ ਪੁੱਤਰ ਜਗਤਾਰ ਸਿੰਘ ਵਾਸੀ …: [764, 214, 1139, 296]
- disinherit-entry: ☛ ਮੈਂ, ਬਿੰਦ ਬਹਾਦਰ ਪੁੱਤਰ ਮਾਨ ਬਹਾਦਰ ਵਾਸੀ ਮ…: [764, 698, 1139, 762]
- english-public-notice: PUBLIC NOTICE I, Ganga Ram (UID No.6178-…: [1335, 1315, 1512, 2071]
- disinherit-entry: ☛ ਮੈਂ ਜਗਤ ਸਿੰਘ ਪੁੱਤਰ ਹਰੀ ਸਿੰਘ ਵਾਸੀ ਮਕਾਨ …: [382, 1880, 760, 1962]
- classified-entry: ☛ਮੈ ਬਲਬੀਰ ਸਿੰਘ ਉਰਫ਼ ਬਲਵੀਰ ਸਿੰਘ ਪੁੱਤਰ ਹਰਬ…: [384, 99, 568, 190]
- pointing-hand-icon: ☛: [2, 201, 11, 213]
- disinherit-entry: ☛ ਮੈਂ ਰਜਿੰਦਰ ਸਿੰਘ ਪੁੱਤਰ ਬੀਰੂ ਸਿੰਘ ਵਾਸੀ ਪ…: [764, 945, 1139, 1027]
- disinherit-heading-left: ਬੇਦਖਲੀ: [382, 1848, 760, 1880]
- notice-title: ☛ Public Notice: [1150, 2193, 1504, 2205]
- notice-hearing: ਤਾਰੀਖ ਪੇਸ਼ੀ 24/01/2024: [773, 1736, 940, 1750]
- notice-party: 10. ਸ੍ਰੀ ਦੇਵਿੰਦਰ ਸਿੰਘ ਪੁੱਤਰ ਜਗਦੇਵ ਸਿੰਘ ਪ…: [773, 1911, 940, 1951]
- column-4: Public Notice ਬਾ-ਅਦਾਲਤ ਅੰਕਿਤਾ ਅਗਰਵਾਲ ਸਹਾ…: [1142, 65, 1512, 2264]
- name-change-list: ☛ਮੈਂ ਸਵਿਤਾ ਰਾਣੀ ਪਤਨੀ ਦੀਪਕ ਰਾਏ ਗਰਗ ਵਾਸੀ ਮ…: [0, 194, 378, 998]
- classified-entry: ☛I, Kartar Singh Pupneja S/o Gurcharan S…: [574, 99, 759, 206]
- contact-email[interactable]: E.mail : rozanapehredar@gmail.com: [742, 20, 1128, 55]
- name-change-heading: ਨਾਮ ਬਦਲੀ...: [0, 162, 378, 194]
- bride-wanted-text: ☛ ਜੱਟ ਸਿੱਖ ਲੜਕਾ 28 ਸਾਲ 5-7"+2, ਆਪਣੀ ਕੋਠੀ…: [1142, 2338, 1512, 2357]
- notice-title: ਜਨਤਕ ਨੋਟਿਸ: [1352, 77, 1503, 91]
- pointing-hand-icon: ☛: [384, 413, 393, 425]
- classified-entry: ☛I, Parveen w/o Satwant Singh R/o H No 1…: [384, 519, 568, 608]
- notice-filed: ਰਜੂਆ 27/06/2023: [773, 1723, 940, 1736]
- pointing-hand-icon: ☛: [384, 103, 393, 115]
- pointing-hand-icon: ☛: [767, 476, 783, 490]
- notice-heading: ਅਦਾਲਤੀ ਇਸ਼ਤਿਹਾਰ: [1151, 143, 1329, 157]
- pointing-hand-icon: ☛: [767, 951, 786, 966]
- classified-entry: ☛I Jatinderpal Singh Sidhu S/o Hardev Si…: [574, 861, 759, 968]
- disinherit-list: ☛ ਅਸੀਂ ਰੂਪਾ ਖਾਂ ਅਤੇ ਅਕਬਰੀ ਬੇਗਮ ਪਤਨੀ ਰੂਪਾ…: [764, 96, 1139, 1617]
- pointing-hand-icon: ☛: [192, 293, 202, 305]
- notice-court: ਬਾ ਅਦਾਲਤ ਸ਼੍ਰੀ ਸੰਦੀਪ ਸਿੰਘ, ਸਹਾਇਕ ਕੁਲੈਕਟਰ…: [964, 1643, 1131, 1683]
- court-notice: Public Notice ਬਾ-ਅਦਾਲਤ ਅੰਕਿਤਾ ਅਗਰਵਾਲ ਸਹਾ…: [1142, 289, 1338, 411]
- pointing-hand-icon: ☛: [385, 2032, 400, 2046]
- classified-entry: ☛ਮੈਂ ਹਰਜੀਤ ਕੌਰ ਪੁੱਤਰੀ ਨੇ ਆਪਣਾ ਨਾਮ ਬਦਲਕੇ …: [192, 751, 377, 788]
- motor-connection-entry: ☛ ਇਸ ਦਫਤਰ ਅਧੀਨ ਅਮਰਜੀਤ ਕੌਰ ਪਤਨੀ ਗੁਰਮੇਲ ਸਿ…: [382, 1468, 760, 1550]
